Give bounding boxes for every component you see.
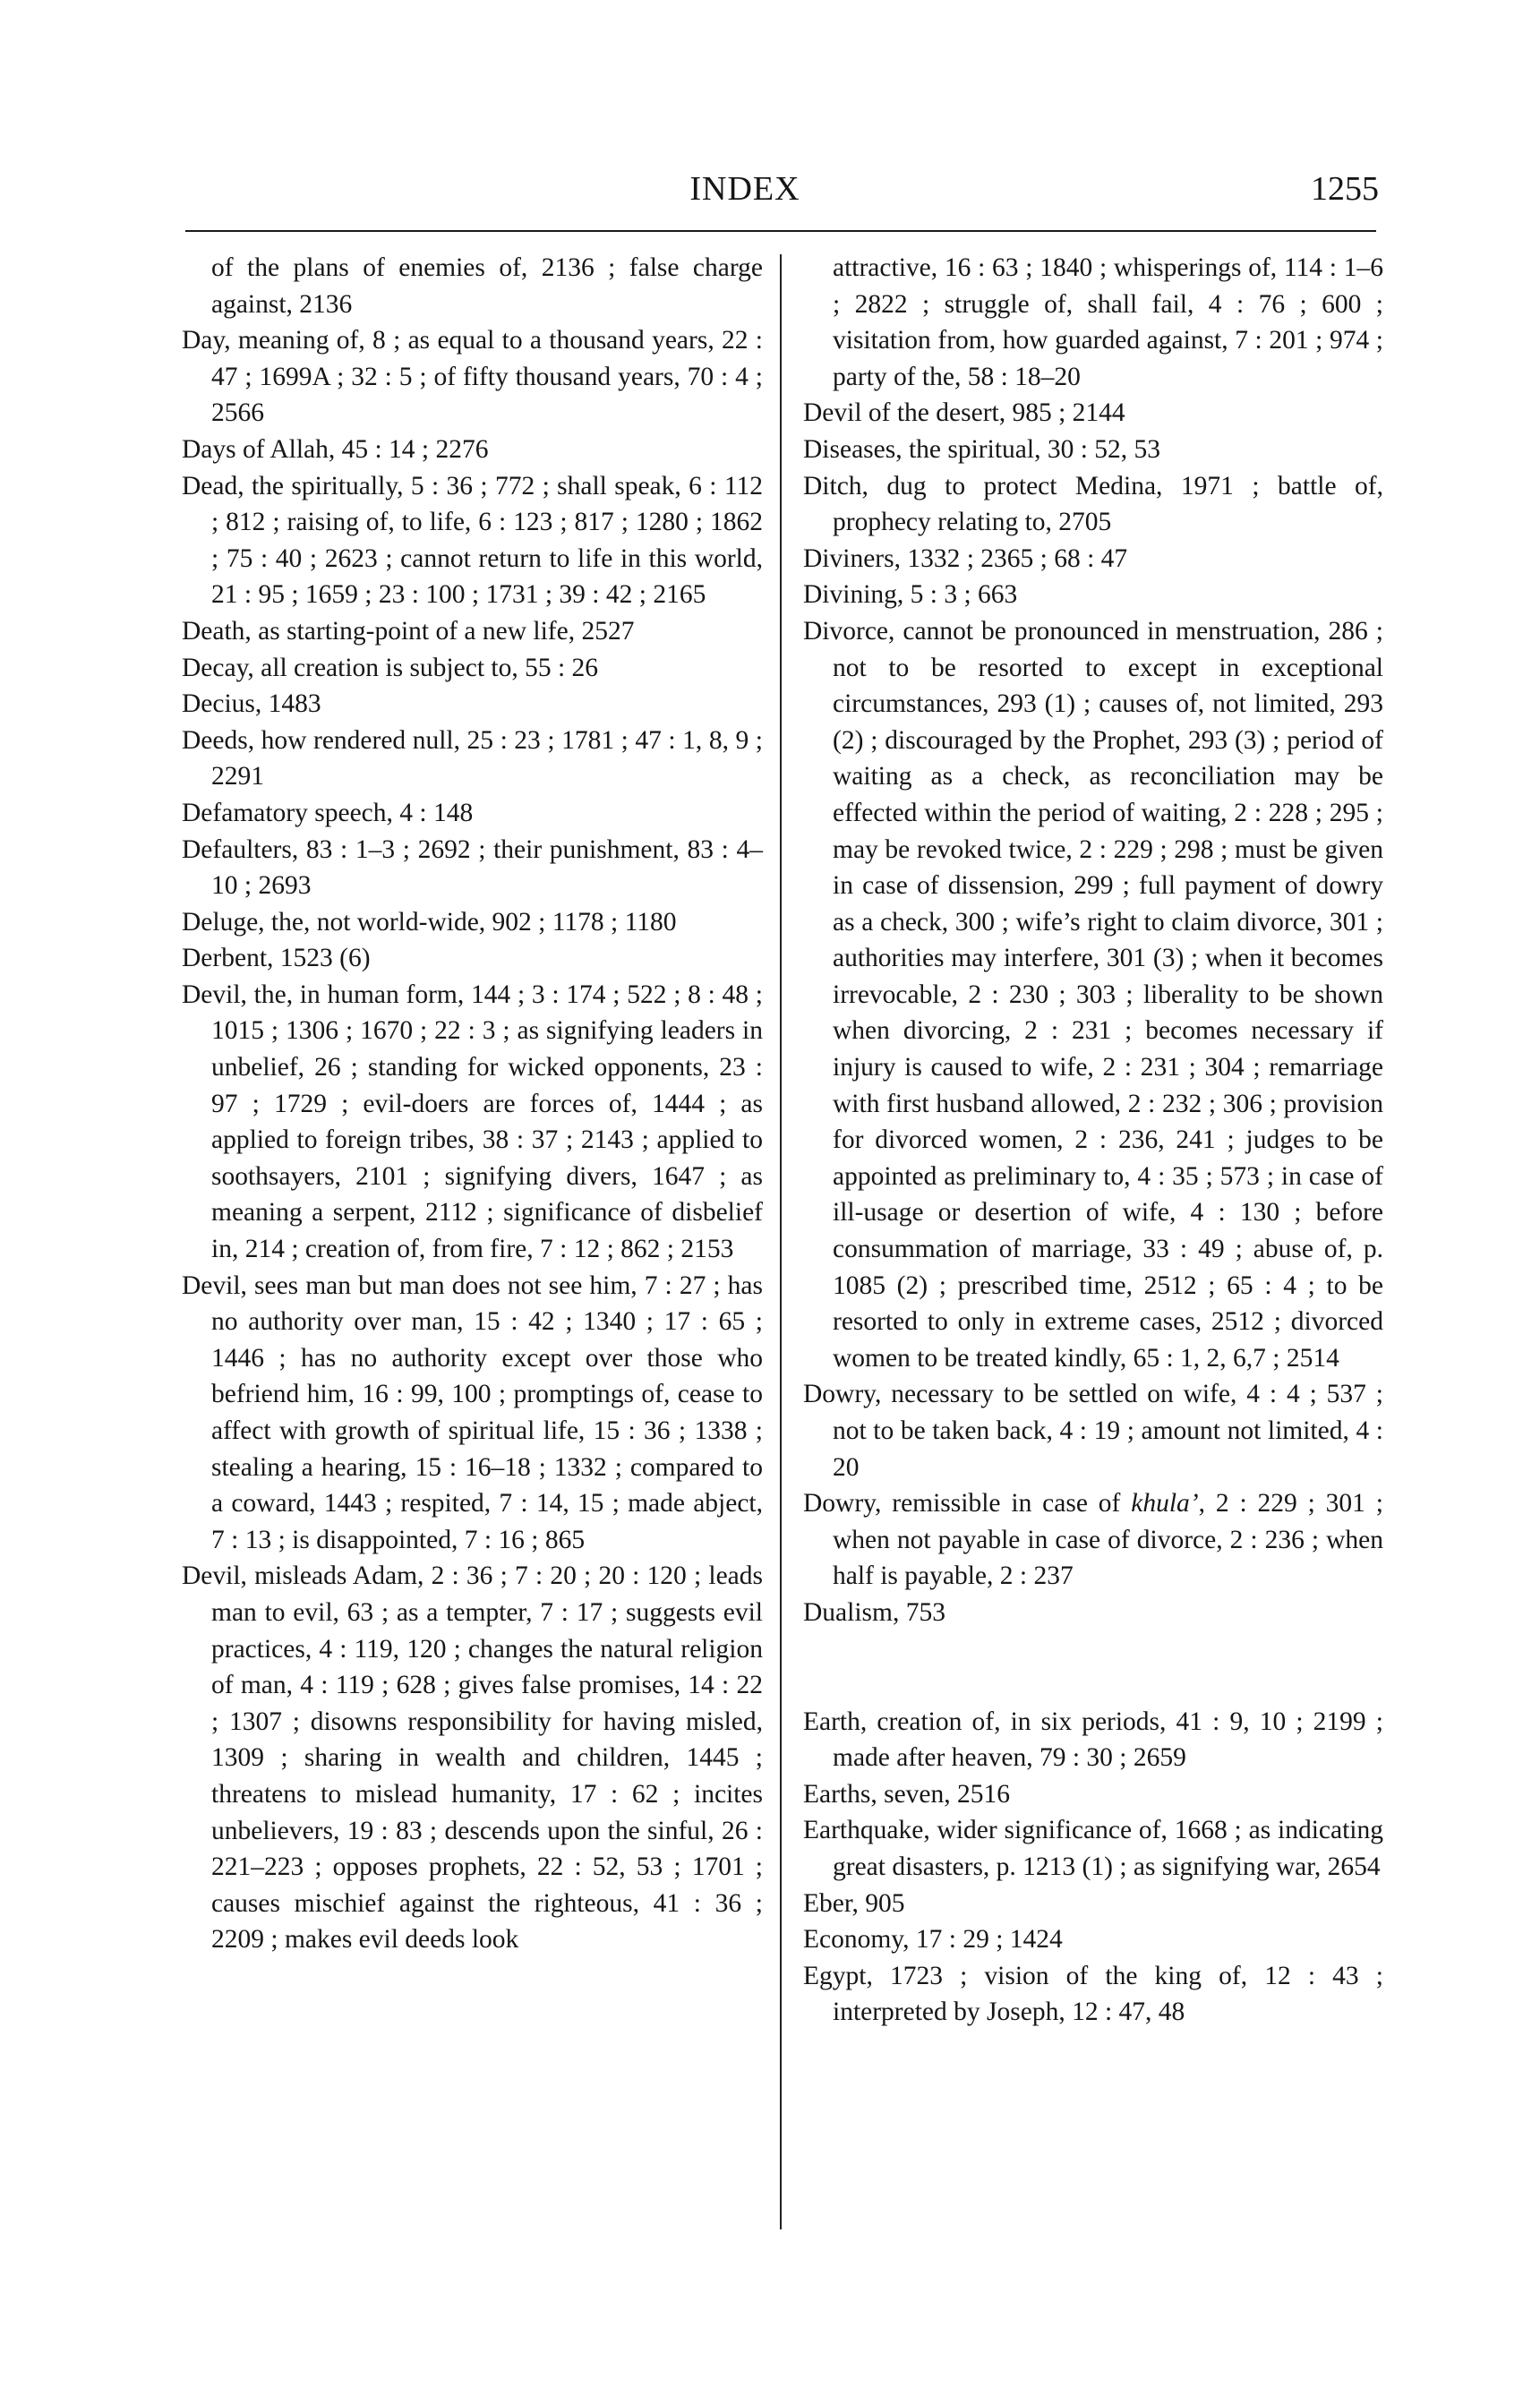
page-number: 1255 <box>1311 167 1379 211</box>
index-entry-continuation: attractive, 16 : 63 ; 1840 ; whisperings… <box>803 250 1383 395</box>
index-entry: Eber, 905 <box>803 1886 1383 1922</box>
index-entry: Deeds, how rendered null, 25 : 23 ; 1781… <box>182 723 763 795</box>
index-entry: Death, as starting-point of a new life, … <box>182 613 763 650</box>
index-entry-section-start: Earth, creation of, in six periods, 41 :… <box>803 1704 1383 1776</box>
index-entry-continuation: of the plans of enemies of, 2136 ; false… <box>182 250 763 322</box>
index-column-right: attractive, 16 : 63 ; 1840 ; whisperings… <box>803 250 1383 2031</box>
header-rule <box>185 230 1376 232</box>
index-entry: Derbent, 1523 (6) <box>182 940 763 977</box>
index-entry: Day, meaning of, 8 ; as equal to a thous… <box>182 322 763 432</box>
index-entry: Ditch, dug to protect Medina, 1971 ; bat… <box>803 468 1383 541</box>
index-entry: Diviners, 1332 ; 2365 ; 68 : 47 <box>803 541 1383 577</box>
index-entry: Deluge, the, not world-wide, 902 ; 1178 … <box>182 904 763 941</box>
index-entry: Defaulters, 83 : 1–3 ; 2692 ; their puni… <box>182 832 763 904</box>
running-title: INDEX <box>0 167 1490 211</box>
index-entry: Days of Allah, 45 : 14 ; 2276 <box>182 432 763 468</box>
index-entry: Dead, the spiritually, 5 : 36 ; 772 ; sh… <box>182 468 763 613</box>
entry-text: Dowry, remissible in case of <box>803 1489 1131 1518</box>
index-entry: Divining, 5 : 3 ; 663 <box>803 577 1383 613</box>
column-divider <box>780 254 782 2229</box>
index-entry: Devil, the, in human form, 144 ; 3 : 174… <box>182 977 763 1268</box>
index-entry: Dualism, 753 <box>803 1595 1383 1631</box>
index-entry: Economy, 17 : 29 ; 1424 <box>803 1921 1383 1958</box>
index-entry: Earths, seven, 2516 <box>803 1776 1383 1813</box>
index-entry: Decius, 1483 <box>182 686 763 723</box>
index-entry: Egypt, 1723 ; vision of the king of, 12 … <box>803 1958 1383 2031</box>
italic-term: khula’ <box>1131 1489 1198 1518</box>
index-entry: Diseases, the spiritual, 30 : 52, 53 <box>803 432 1383 468</box>
index-entry: Decay, all creation is subject to, 55 : … <box>182 650 763 687</box>
index-entry: Dowry, necessary to be settled on wife, … <box>803 1376 1383 1485</box>
index-column-left: of the plans of enemies of, 2136 ; false… <box>182 250 763 1958</box>
page-header: INDEX 1255 <box>0 167 1540 211</box>
index-entry: Defamatory speech, 4 : 148 <box>182 795 763 832</box>
index-entry: Divorce, cannot be pronounced in menstru… <box>803 613 1383 1376</box>
index-entry-khula: Dowry, remissible in case of khula’, 2 :… <box>803 1485 1383 1595</box>
index-entry: Devil, sees man but man does not see him… <box>182 1268 763 1559</box>
index-entry: Earthquake, wider significance of, 1668 … <box>803 1812 1383 1885</box>
index-entry: Devil of the desert, 985 ; 2144 <box>803 395 1383 432</box>
index-entry: Devil, misleads Adam, 2 : 36 ; 7 : 20 ; … <box>182 1558 763 1958</box>
